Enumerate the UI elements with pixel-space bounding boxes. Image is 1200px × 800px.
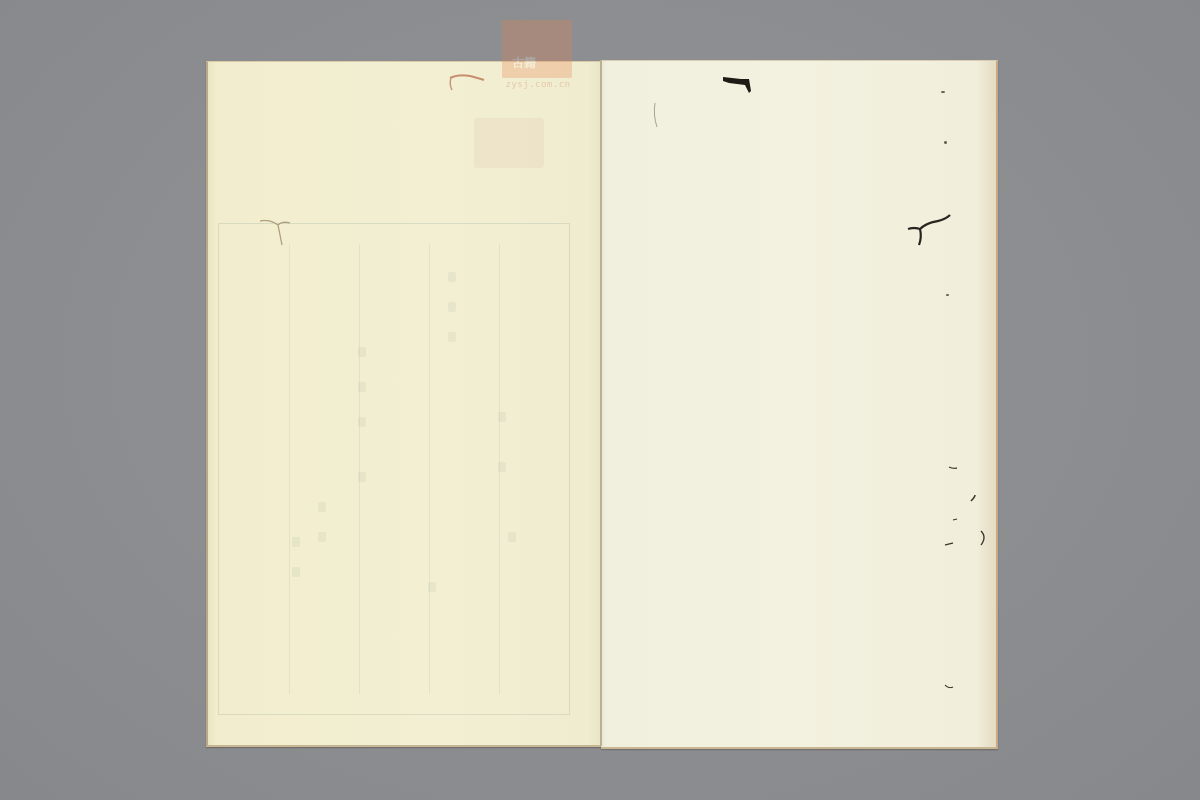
paper-crease <box>651 101 661 131</box>
watermark-url: zysj.com.cn <box>500 80 576 90</box>
left-page <box>206 61 604 747</box>
faint-stamp-bleed <box>474 118 544 168</box>
right-page <box>601 60 998 749</box>
paper-specks <box>941 681 961 695</box>
wormhole-mark <box>906 213 956 253</box>
book-spine-gutter <box>600 60 602 746</box>
paper-specks <box>941 461 991 581</box>
watermark-seal: 古籍 zysj.com.cn <box>502 20 572 95</box>
wormhole-mark <box>258 217 298 252</box>
wormhole-mark <box>719 73 759 99</box>
watermark-seal-text: 古籍 <box>512 54 536 71</box>
wormhole-mark <box>448 72 488 94</box>
show-through-border <box>218 223 570 715</box>
